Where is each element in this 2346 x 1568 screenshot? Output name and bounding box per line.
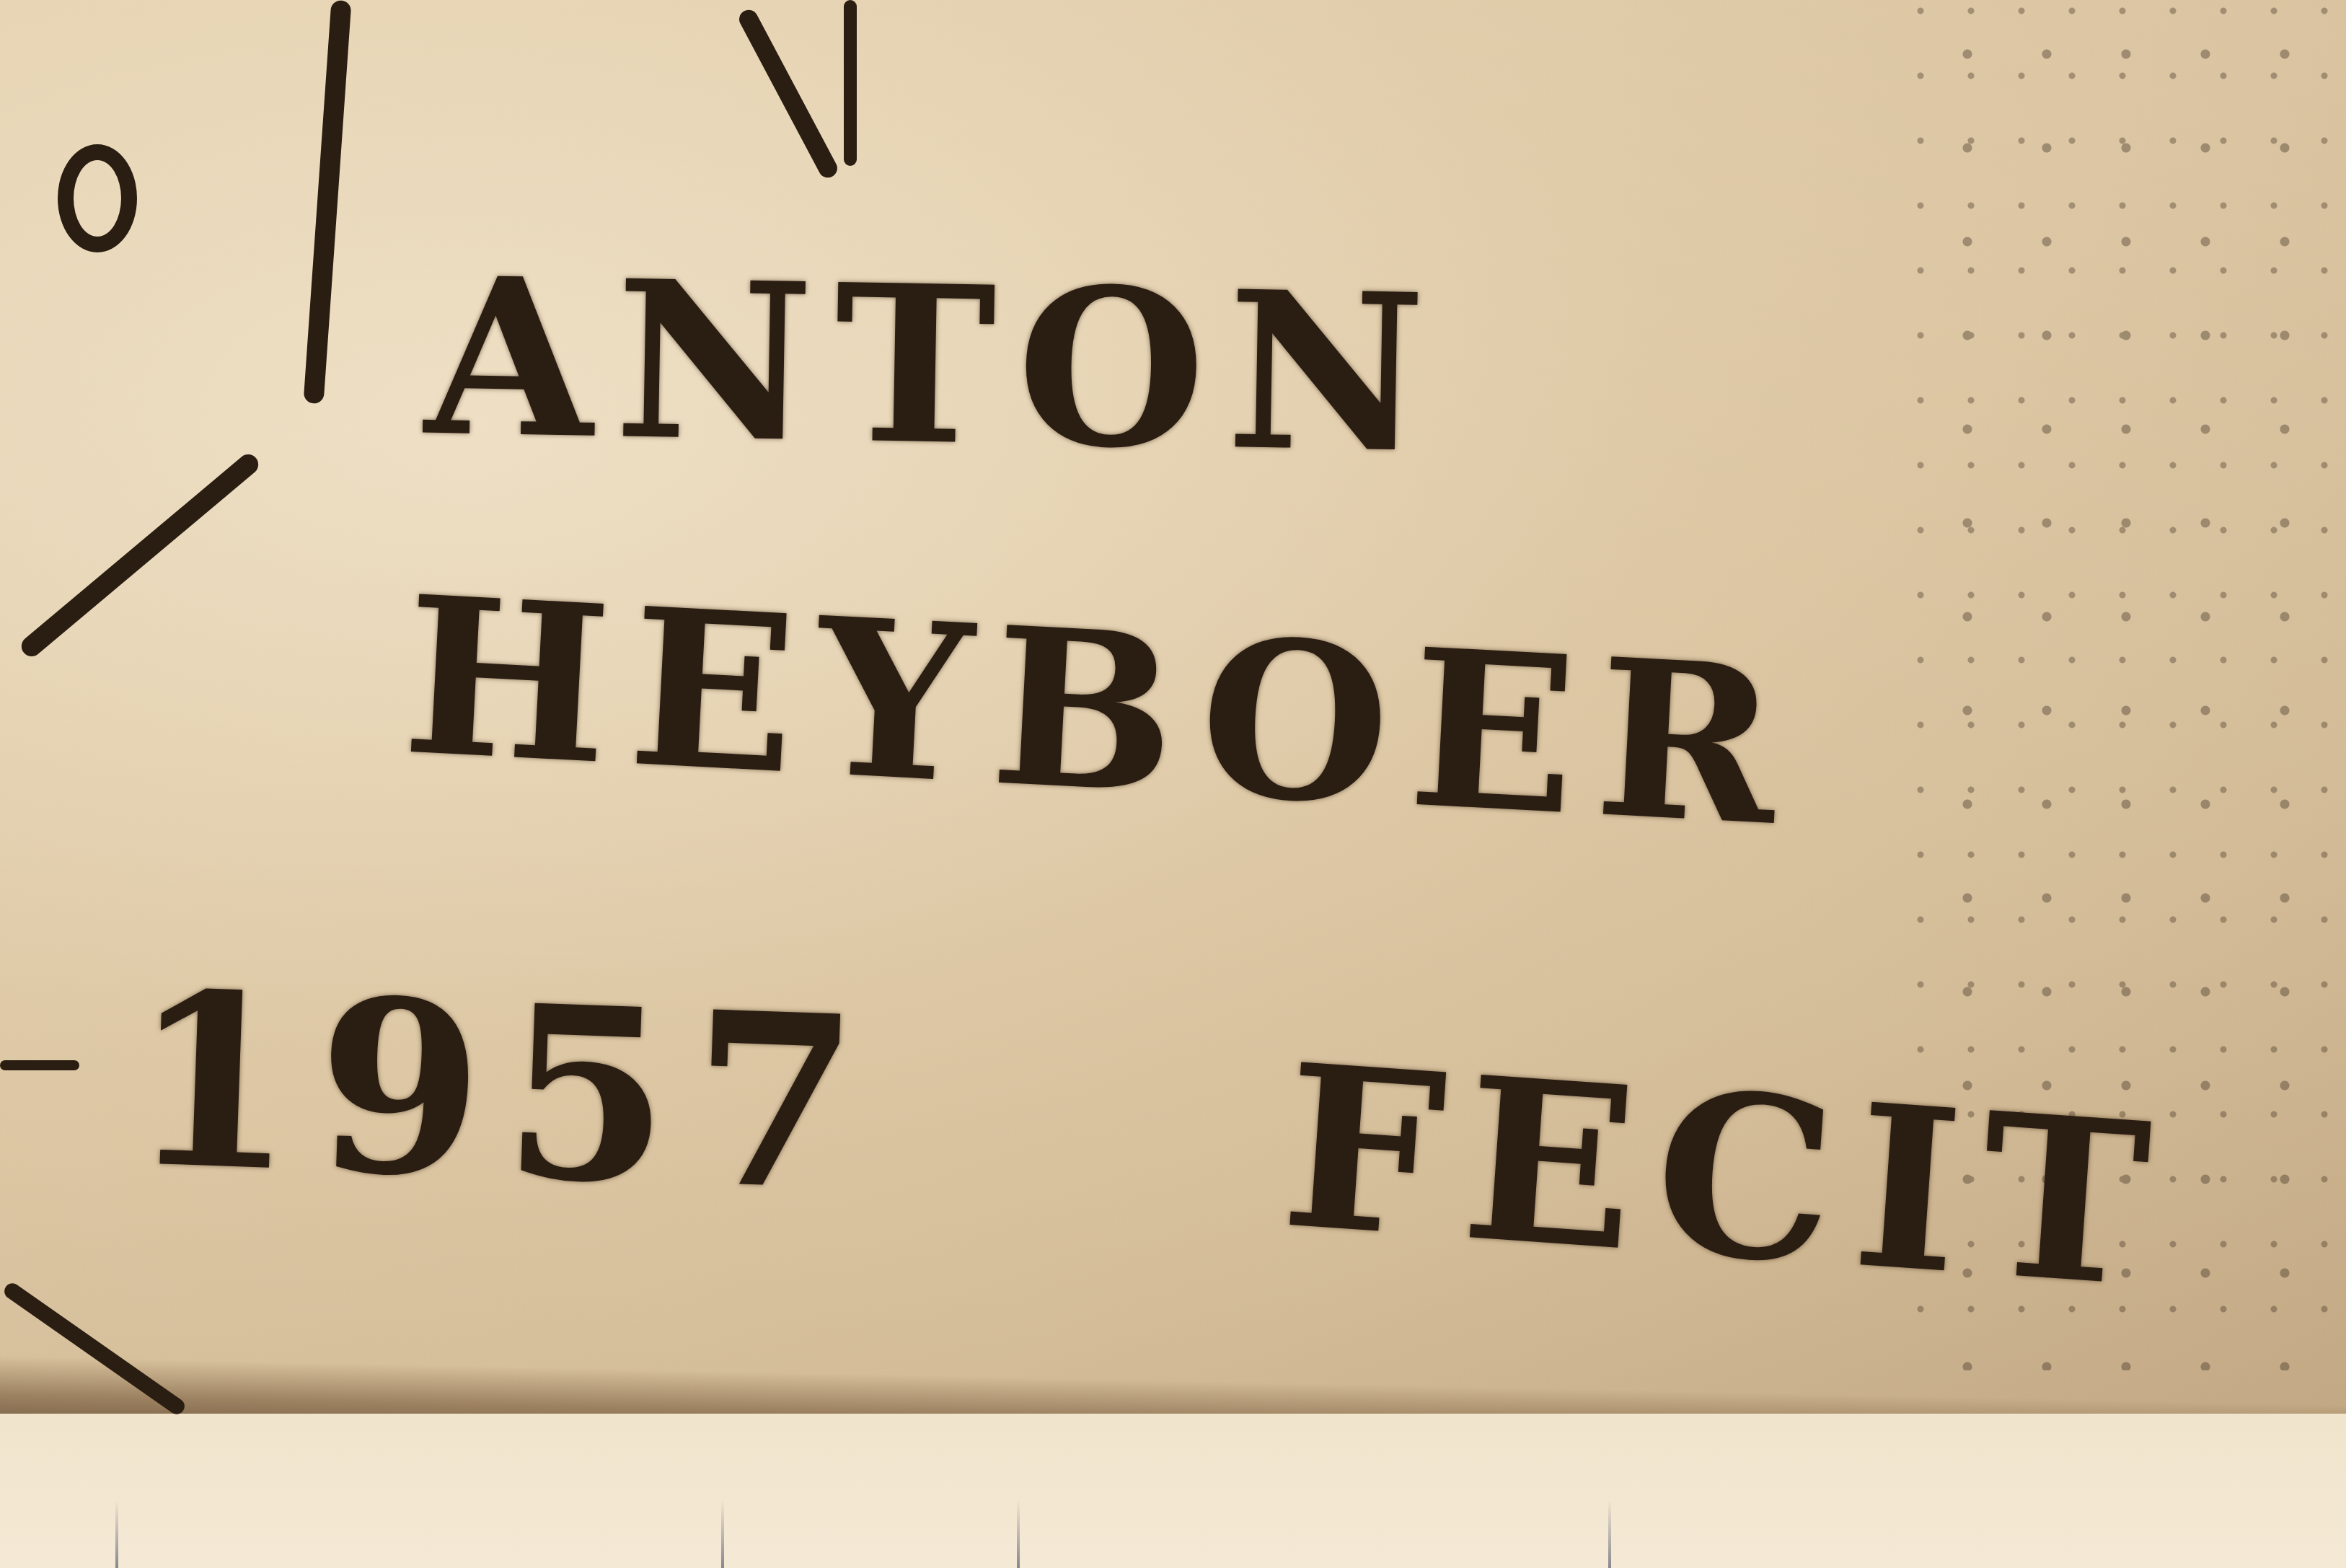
pencil-mark	[1017, 1500, 1020, 1568]
drawn-line	[0, 1060, 79, 1070]
inscription-year: 1957	[125, 939, 883, 1245]
drawn-circle-mark	[58, 144, 137, 252]
pencil-mark	[721, 1500, 724, 1568]
pencil-mark	[115, 1500, 118, 1568]
pencil-mark	[1608, 1500, 1611, 1568]
inscription-first-name: ANTON	[423, 229, 1449, 502]
paper-margin	[0, 1414, 2346, 1568]
drawn-line	[844, 0, 857, 166]
